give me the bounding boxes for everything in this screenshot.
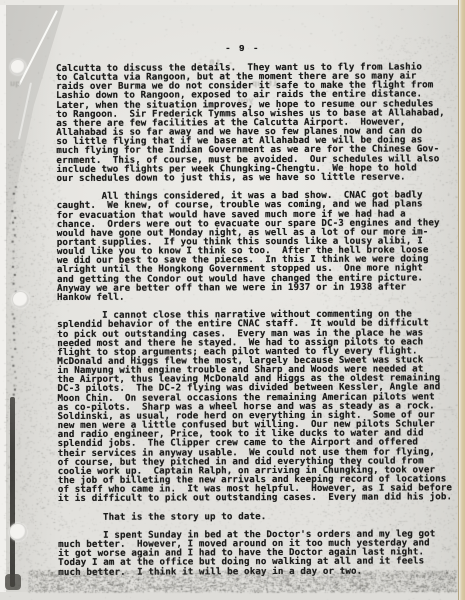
punch-hole-middle xyxy=(12,291,29,308)
punch-hole-top xyxy=(10,59,26,75)
page-bottom-edge xyxy=(0,592,465,600)
binding-edge-mark xyxy=(5,574,21,590)
page-number: - 9 - xyxy=(225,43,260,54)
page-left-edge xyxy=(0,0,6,600)
page-top-edge xyxy=(0,0,465,5)
punch-hole-bottom xyxy=(9,523,27,541)
page-right-edge xyxy=(458,0,465,600)
document-text: Calcutta to discuss the details. They wa… xyxy=(56,62,460,576)
binding-edge-shadow xyxy=(10,397,15,587)
bleedthrough-fragment-3: qu xyxy=(10,79,20,89)
scanned-document-page: - 10 - it up you qu - 9 - Calcutta to di… xyxy=(0,0,465,600)
